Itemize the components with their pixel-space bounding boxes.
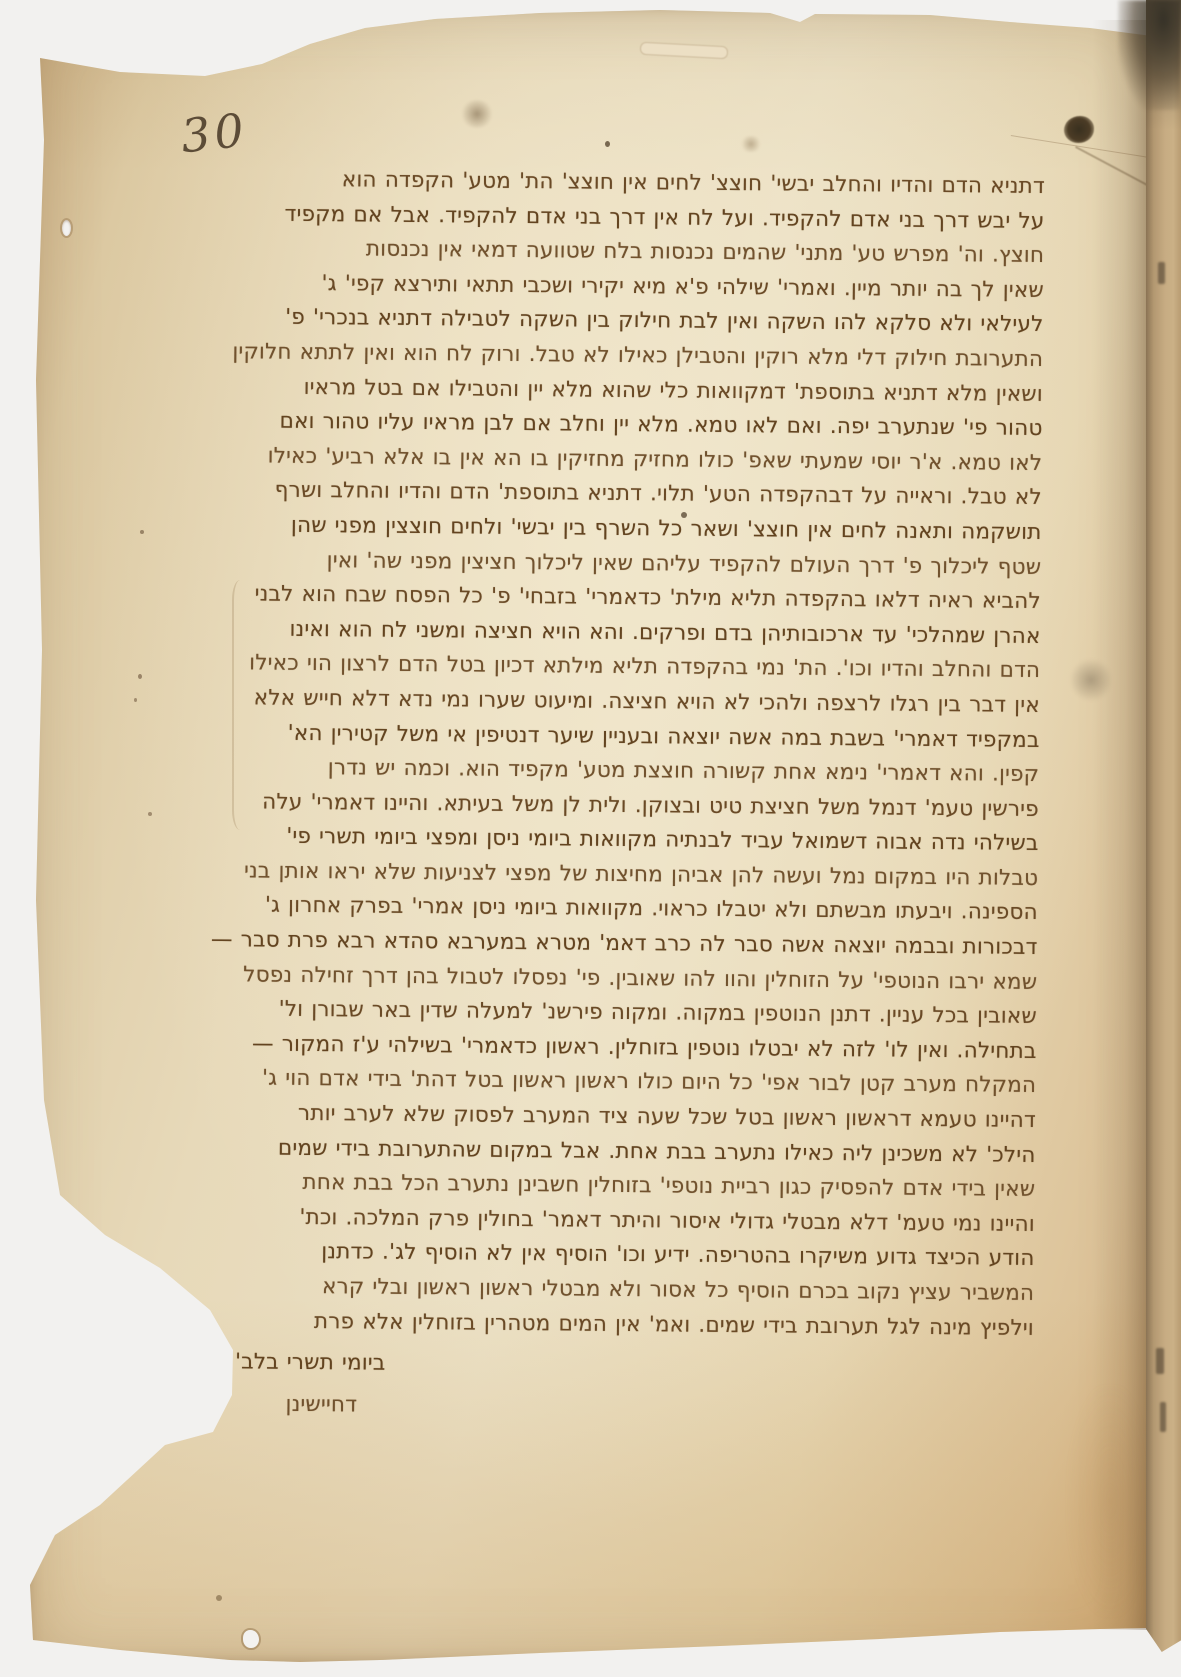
manuscript-page: 30 דתניא הדם והדיו והחלב יבשי' חוצצ' לחי… (28, 6, 1152, 1662)
folio-number: 30 (178, 103, 250, 164)
manuscript-trailing-line: ביומי תשרי בלב' (123, 1344, 385, 1381)
show-through-mark (1158, 262, 1165, 284)
crease-line (1075, 146, 1152, 188)
manuscript-trailing-line: דחיישינן (123, 1386, 357, 1423)
gray-smudge (1071, 658, 1111, 702)
crease-line (1011, 135, 1149, 158)
adjacent-page-edge (1146, 0, 1181, 1652)
parchment-hole (243, 1630, 259, 1648)
show-through-mark (1160, 1402, 1166, 1432)
scan-backdrop: { "manuscript": { "folio_number": "30", … (0, 0, 1181, 1677)
text-block: דתניא הדם והדיו והחלב יבשי' חוצצ' לחים א… (123, 161, 1045, 1429)
parchment-scar (640, 42, 729, 60)
ink-speck (216, 1595, 222, 1601)
parchment-hole (62, 220, 71, 236)
ink-blot-stain (1064, 116, 1094, 143)
show-through-mark (1156, 1348, 1164, 1374)
water-stain (1068, 1386, 1152, 1616)
brown-stain (740, 136, 762, 152)
ink-speck (605, 141, 610, 147)
brown-stain (460, 100, 494, 128)
